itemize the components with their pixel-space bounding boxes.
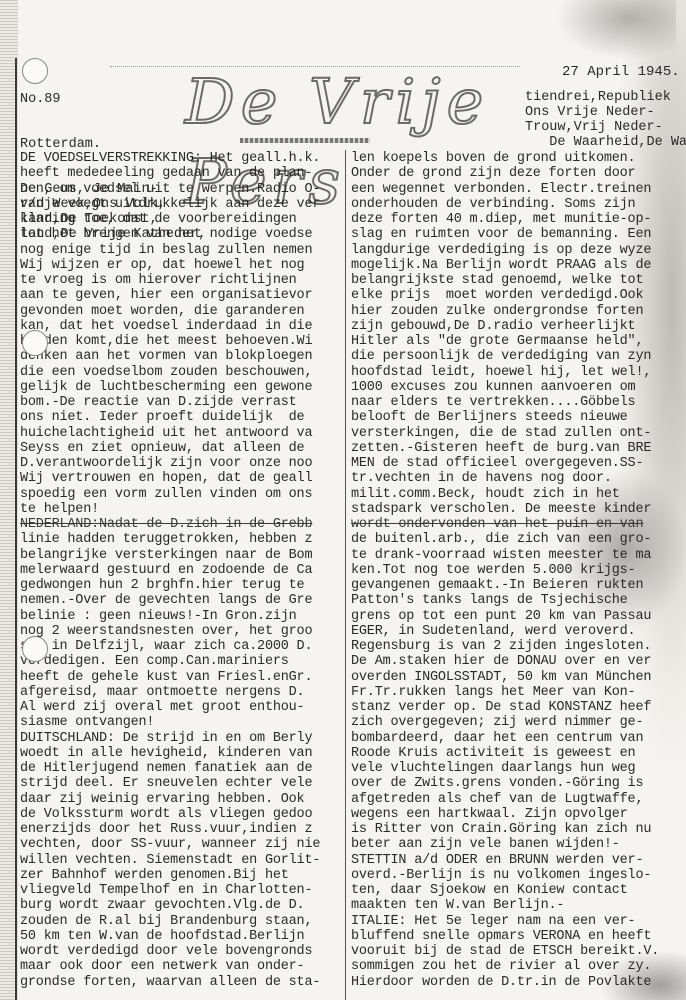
text-line: afgetreden als chef van de Lugtwaffe, (351, 792, 681, 807)
text-line: MEN de stad officieel overgegeven.SS- (351, 456, 681, 471)
text-line: ste in Delfzijl, waar zich ca.2000 D. (20, 639, 342, 654)
text-line: kan, dat het voedsel inderdaad in die (20, 319, 342, 334)
text-line: belinie : geen nieuws!-In Gron.zijn (20, 609, 342, 624)
text-line: nog enige tijd in beslag zullen nemen (20, 243, 342, 258)
text-line: ranje voegt uitdrukkelijk aan deze ver (20, 197, 342, 212)
text-line: 1000 excuses zou kunnen aanvoeren om (351, 380, 681, 395)
text-line: Seyss en ziet opnieuw, dat alleen de (20, 441, 342, 456)
text-line: afgereisd, maar ontmoette nergens D. (20, 685, 342, 700)
text-line: wegens een hartkwaal. Zijn opvolger (351, 807, 681, 822)
text-line: daar zij weinig ervaring hebben. Ook (20, 792, 342, 807)
text-line: heeft mededeeling gedaan van de plan- (20, 166, 342, 181)
text-line: maar ook door een netwerk van onder- (20, 959, 342, 974)
text-line: zer Bahnhof werden genomen.Bij het (20, 868, 342, 883)
text-line: strijd deel. Er sneuvelen echter vele (20, 776, 342, 791)
text-line: deze forten 40 m.diep, met munitie-op- (351, 212, 681, 227)
text-line: siasme ontvangen! (20, 715, 342, 730)
text-line: Roode Kruis activiteit is geweest en (351, 746, 681, 761)
text-line: Patton's tanks langs de Tsjechische (351, 593, 681, 608)
text-line: enerzijds door het Russ.vuur,indien z (20, 822, 342, 837)
text-line: verdedigen. Een comp.Can.mariniers (20, 654, 342, 669)
text-line: gedwongen hun 2 brghfn.hier terug te (20, 578, 342, 593)
text-line: Hitler als "de grote Germaanse held", (351, 334, 681, 349)
text-line: belangrijke versterkingen naar de Bom (20, 548, 342, 563)
text-line: zijn gebouwd,De D.radio verheerlijkt (351, 319, 681, 334)
column-divider (345, 150, 346, 1000)
text-line: vooruit bij de stad de ETSCH bereikt.V. (351, 944, 681, 959)
text-line: belooft de Berlijners steeds nieuwe (351, 410, 681, 425)
text-line: Al werd zij overal met groot enthou- (20, 700, 342, 715)
column-left: DE VOEDSELVERSTREKKING: Het geall.h.k.he… (20, 151, 342, 990)
text-line: te drank-voorraad wisten meester te ma (351, 548, 681, 563)
text-line: klaring toe, dat de voorbereidingen (20, 212, 342, 227)
punch-hole (22, 330, 48, 356)
punch-hole (22, 58, 48, 84)
text-line: EGER, in Sudetenland, werd veroverd. (351, 624, 681, 639)
text-line: tot het brengen van het nodige voedse (20, 227, 342, 242)
text-line: hier zouden zulke ondergrondse forten (351, 304, 681, 319)
text-line: maakten ten W.van Berlijn.- (351, 898, 681, 913)
text-line: ons niet. Ieder proeft duidelijk de (20, 410, 342, 425)
text-line: versterkingen, die de stad zullen ont- (351, 426, 681, 441)
text-line: zouden de R.al bij Brandenburg staan, (20, 914, 342, 929)
text-line: de buitenl.arb., die zich van een gro- (351, 532, 681, 547)
text-line: overd.-Berlijn is nu volkomen ingeslo- (351, 868, 681, 883)
text-line: mogelijk.Na Berlijn wordt PRAAG als de (351, 258, 681, 273)
scan-noise-top-right (556, 0, 676, 60)
text-line: ten, daar Sjoekow en Koniew contact (351, 883, 681, 898)
text-line: nemen.-Over de gevechten langs de Gre (20, 593, 342, 608)
text-line: wordt ondervonden van het puin en van (351, 517, 681, 532)
text-line: Regensburg is van 2 zijden ingesloten. (351, 639, 681, 654)
text-line: grondse forten, waarvan alleen de sta- (20, 975, 342, 990)
text-line: woedt in alle hevigheid, kinderen van (20, 746, 342, 761)
text-line: Onder de grond zijn deze forten door (351, 166, 681, 181)
text-line: burg wordt zwaar gevochten.Vlg.de D. (20, 898, 342, 913)
text-line: bom.-De reactie van D.zijde verrast (20, 395, 342, 410)
text-line: te vroeg is om hierover richtlijnen (20, 273, 342, 288)
punch-hole (22, 636, 48, 662)
text-line: spoedig een vorm zullen vinden om ons (20, 487, 342, 502)
header-line: tiendrei,Republiek (525, 90, 686, 105)
text-line: bluffend snelle opmars VERONA en heeft (351, 929, 681, 944)
text-line: langdurige verdediging is op deze wyze (351, 243, 681, 258)
text-line: denken aan het vormen van blokploegen (20, 349, 342, 364)
text-line: de Hitlerjugend nemen fanatiek aan de (20, 761, 342, 776)
text-line: vechten, door SS-vuur, wanneer zij nie (20, 837, 342, 852)
text-line: aan te geven, hier een organisatievor (20, 288, 342, 303)
text-line: naar elders te vertrekken....Göbbels (351, 395, 681, 410)
text-line: STETTIN a/d ODER en BRÜNN werden ver- (351, 853, 681, 868)
text-line: melerwaard gestuurd en zodoende de Ca (20, 563, 342, 578)
text-line: huichelachtigheid uit het antwoord va (20, 426, 342, 441)
text-line: nen, om voedsel uit te werpen.Radio O- (20, 182, 342, 197)
text-line: belangrijkste stad genoemd, welke tot (351, 273, 681, 288)
text-line: NEDERLAND:Nadat de D.zich in de Grebb (20, 517, 342, 532)
text-line: DUITSCHLAND: De strijd in en om Berly (20, 731, 342, 746)
text-line: tr.vechten in de havens nog door. (351, 471, 681, 486)
text-line: hoofdstad leidt, hoewel hij, let wel!, (351, 365, 681, 380)
text-line: overden INGOLSSTADT, 50 km van München (351, 670, 681, 685)
text-line: onderhouden de verbinding. Soms zijn (351, 197, 681, 212)
text-line: sommigen zou het de rivier al over zy. (351, 959, 681, 974)
text-line: slag en ruimten voor de bemanning. Een (351, 227, 681, 242)
text-line: beter aan zijn vele banen wijden!- (351, 837, 681, 852)
text-line: heeft de gehele kust van Friesl.enGr. (20, 670, 342, 685)
text-line: milit.comm.Beck, houdt zich in het (351, 487, 681, 502)
text-line: Fr.Tr.rukken langs het Meer van Kon- (351, 685, 681, 700)
text-line: handen komt,die het meest behoeven.Wi (20, 334, 342, 349)
text-line: Wij vertrouwen en hopen, dat de geall (20, 471, 342, 486)
issue-number: No.89 (20, 92, 206, 107)
text-line: gevonden moet worden, die garanderen (20, 304, 342, 319)
header-line: Trouw,Vrij Neder- (525, 120, 686, 135)
text-line: De Am.staken hier de DONAU over en ver (351, 654, 681, 669)
text-line: bombardeerd, daar het een centrum van (351, 731, 681, 746)
text-line: grens op tot een punt 20 km van Passau (351, 609, 681, 624)
text-line: elke prijs moet worden verdedigd.Ook (351, 288, 681, 303)
text-line: ken.Tot nog toe werden 5.000 krijgs- (351, 563, 681, 578)
column-right: len koepels boven de grond uitkomen.Onde… (351, 151, 681, 990)
masthead-title: De Vrije Pers (185, 62, 515, 142)
text-line: linie hadden teruggetrokken, hebben z (20, 532, 342, 547)
text-line: DE VOEDSELVERSTREKKING: Het geall.h.k. (20, 151, 342, 166)
text-line: vele vluchtelingen daarlangs hun weg (351, 761, 681, 776)
masthead-underline (240, 138, 370, 143)
text-line: zetten.-Gisteren heeft de burg.van BRE (351, 441, 681, 456)
text-line: een wegennet verbonden. Electr.treinen (351, 182, 681, 197)
text-line: te helpen! (20, 502, 342, 517)
header-line: Ons Vrije Neder- (525, 105, 686, 120)
text-line: 50 km ten W.van de hoofdstad.Berlijn (20, 929, 342, 944)
text-line: de Volkssturm wordt als vliegen gedoo (20, 807, 342, 822)
header-line: De Waarheid,De Wacht. (525, 135, 686, 150)
text-line: willen vechten. Siemenstadt en Gorlit- (20, 853, 342, 868)
text-line: stadspark verscholen. De meeste kinder (351, 502, 681, 517)
city: Rotterdam. (20, 137, 206, 152)
text-line: ITALIË: Het 5e leger nam na een ver- (351, 914, 681, 929)
issue-date: 27 April 1945. (562, 64, 680, 80)
text-line: D.verantwoordelijk zijn voor onze noo (20, 456, 342, 471)
text-line: vliegveld Tempelhof en in Charlotten- (20, 883, 342, 898)
text-line: nog 2 weerstandsnesten over, het groo (20, 624, 342, 639)
text-line: die een voedselbom zouden beschouwen, (20, 365, 342, 380)
text-line: len koepels boven de grond uitkomen. (351, 151, 681, 166)
header-right-lines: tiendrei,RepubliekOns Vrije Neder-Trouw,… (525, 90, 686, 150)
text-line: gevangenen gemaakt.-In Beieren rukten (351, 578, 681, 593)
text-line: wordt verdedigd door vele bovengronds (20, 944, 342, 959)
text-line: Wij wijzen er op, dat hoewel het nog (20, 258, 342, 273)
text-line: is Ritter von Crain.Göring kan zich nu (351, 822, 681, 837)
margin-rule (15, 58, 17, 1000)
text-line: die persoonlijk de verdediging van zyn (351, 349, 681, 364)
text-line: over de Zwits.grens vonden.-Göring is (351, 776, 681, 791)
text-line: Hierdoor worden de D.tr.in de Povlakte (351, 975, 681, 990)
text-line: zich overgegeven; zij werd nimmer ge- (351, 715, 681, 730)
text-line: stanz verder op. De stad KONSTANZ heef (351, 700, 681, 715)
text-line: gelijk de luchtbescherming een gewone (20, 380, 342, 395)
